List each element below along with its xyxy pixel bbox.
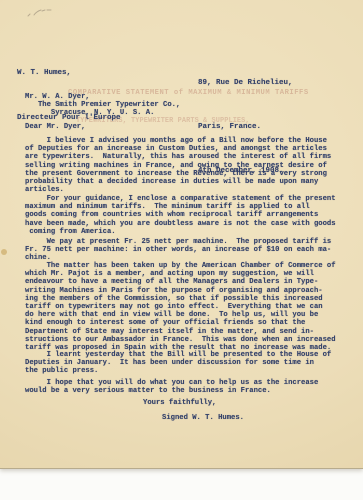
salutation: Dear Mr. Dyer,	[25, 123, 85, 131]
body-paragraph-5: I learnt yesterday that the Bill will be…	[25, 351, 331, 376]
body-paragraph-6: I hope that you will do what you can to …	[25, 379, 318, 395]
dateline-city: Paris, France.	[198, 120, 293, 135]
pencil-mark	[26, 7, 56, 21]
stain-dot	[1, 249, 7, 255]
body-paragraph-4: The matter has been taken up by the Amer…	[25, 262, 336, 352]
body-paragraph-2: For your guidance, I enclose a comparati…	[25, 195, 336, 236]
body-paragraph-1: I believe I advised you months ago of a …	[25, 137, 331, 194]
letter-page: COMPARATIVE STATEMENT of MAXIMUM & MINIM…	[0, 0, 363, 468]
closing: Yours faithfully,	[143, 399, 216, 407]
recipient-block: Mr. W. A. Dyer, The Smith Premier Typewr…	[25, 93, 180, 117]
dateline-address: 89, Rue De Richelieu,	[198, 76, 293, 91]
body-paragraph-3: We pay at present Fr. 25 nett per machin…	[25, 238, 331, 263]
sender-name: W. T. Humes,	[17, 66, 121, 81]
signature-line: Signed W. T. Humes.	[162, 414, 244, 422]
